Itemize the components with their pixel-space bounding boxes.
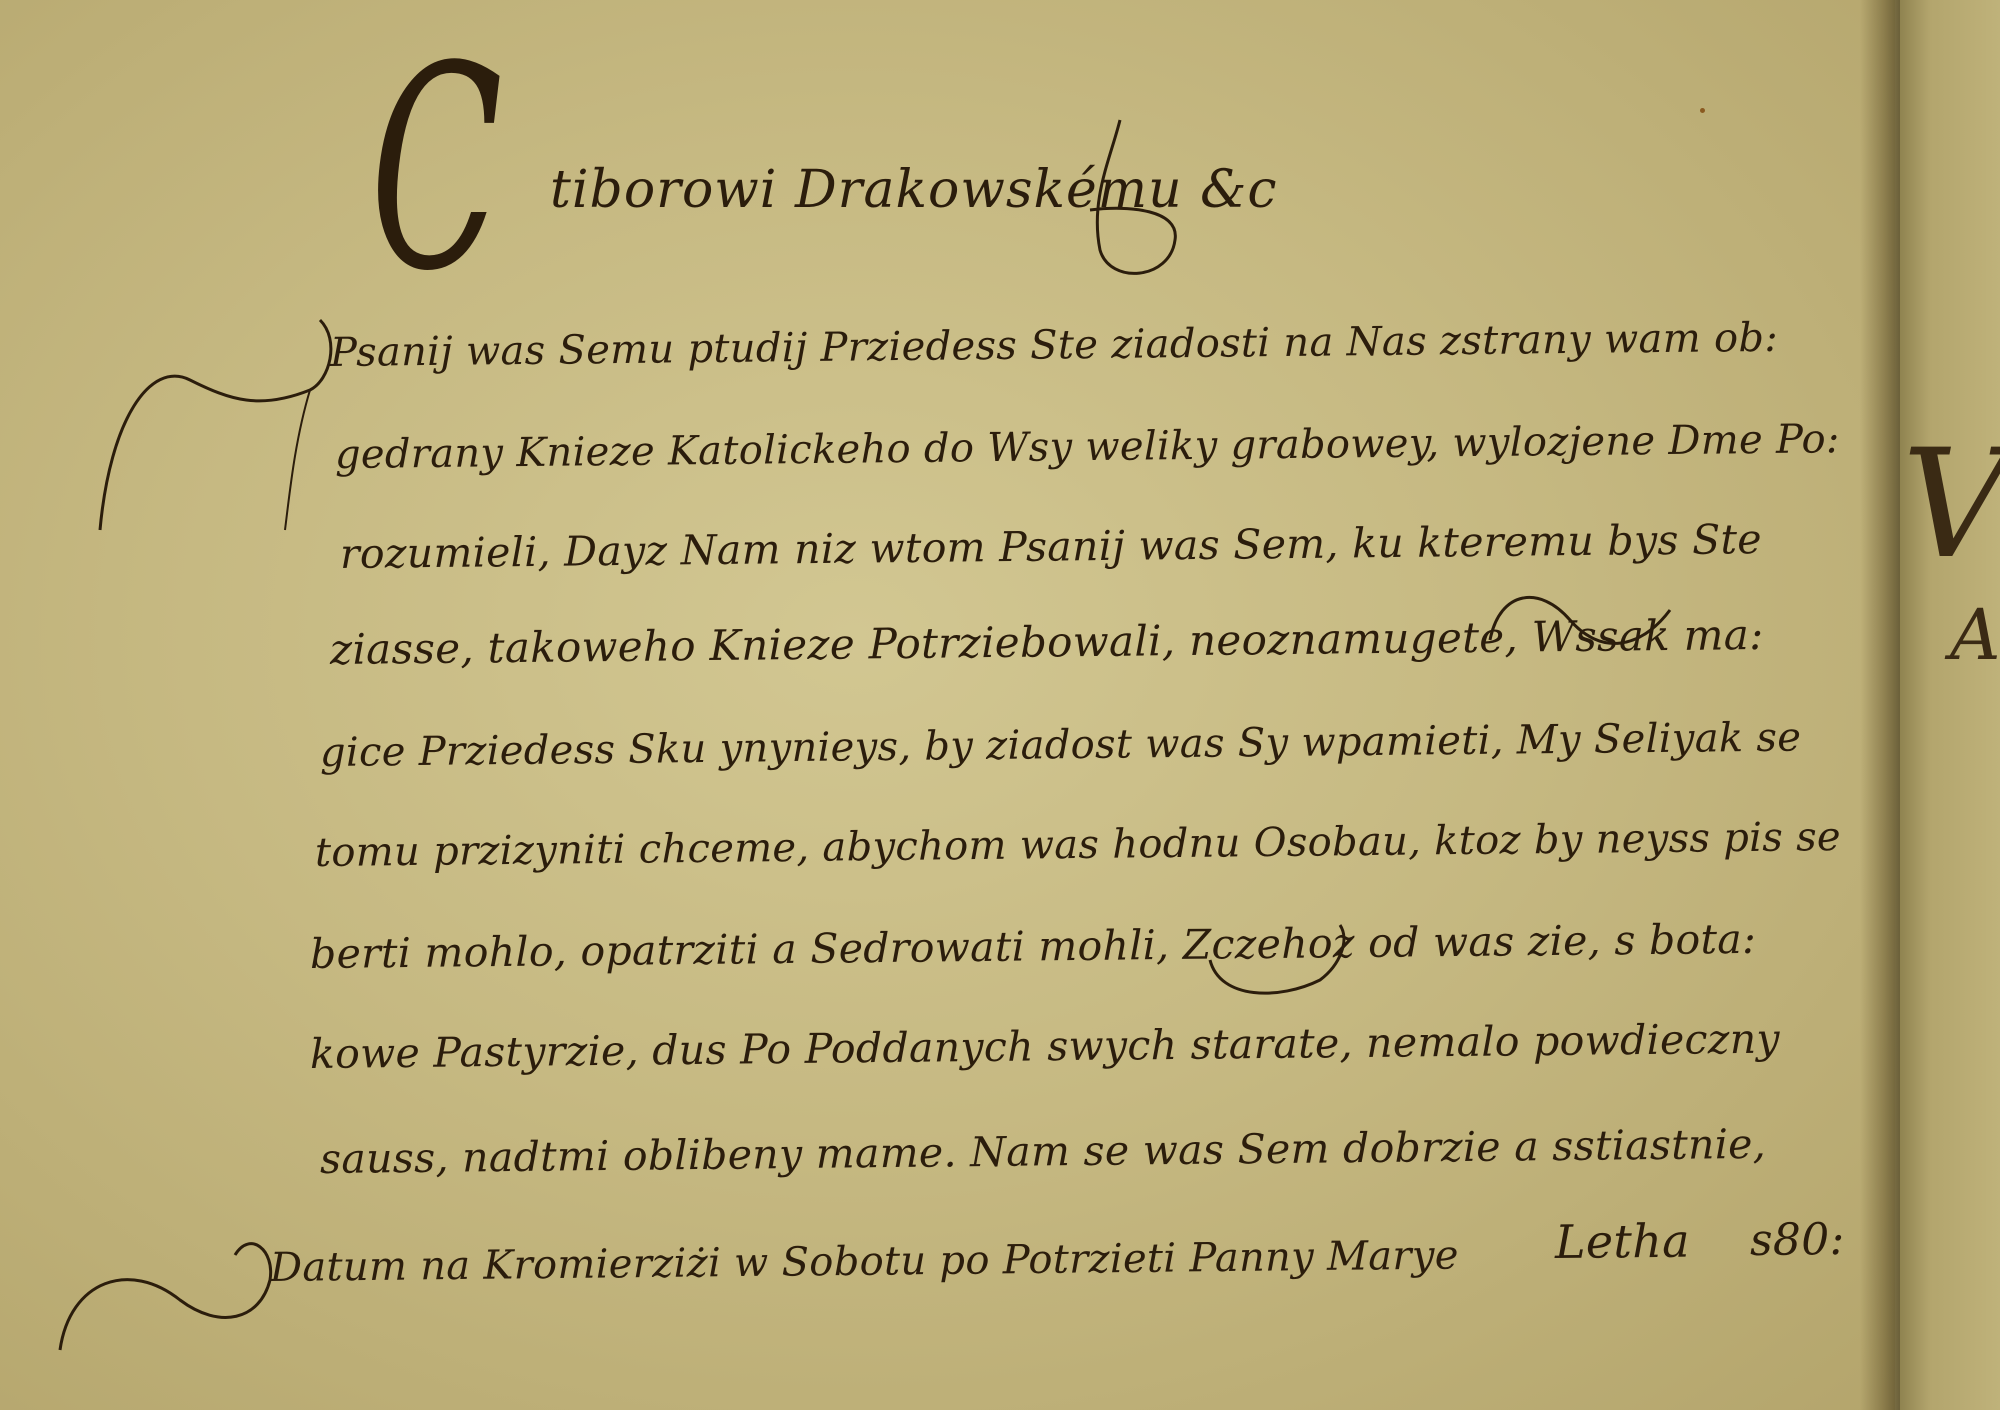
body-line-10: Datum na Kromierziżi w Sobotu po Potrzie… — [270, 1233, 1459, 1291]
facing-page-letter-1: V — [1902, 430, 2000, 580]
ink-speck — [1700, 108, 1705, 113]
body-line-9: sauss, nadtmi oblibeny mame. Nam se was … — [320, 1120, 1767, 1183]
body-line-1: Psanij was Semu ptudij Prziedess Ste zia… — [330, 315, 1778, 376]
decorative-initial: C — [370, 30, 503, 310]
body-line-4: ziasse, takoweho Knieze Potrziebowali, n… — [330, 610, 1764, 674]
book-gutter-shadow — [1860, 0, 1900, 1410]
manuscript-page: C tiborowi Drakowskému &c Psanij was Sem… — [0, 0, 1895, 1410]
datum-flourish-icon — [20, 1200, 280, 1360]
body-line-8: kowe Pastyrzie, dus Po Poddanych swych s… — [310, 1015, 1780, 1078]
body-line-2: gedrany Knieze Katolickeho do Wsy weliky… — [335, 416, 1840, 478]
body-line-3: rozumieli, Dayz Nam niz wtom Psanij was … — [340, 515, 1762, 578]
body-line-7: berti mohlo, opatrziti a Sedrowati mohli… — [310, 915, 1757, 978]
letter-heading: C tiborowi Drakowskému &c — [370, 40, 1470, 270]
dateline-year-label: Letha — [1555, 1214, 1690, 1269]
dateline-year: s80: — [1750, 1214, 1845, 1266]
body-line-6: tomu przizyniti chceme, abychom was hodn… — [315, 814, 1841, 876]
facing-page-edge: V A — [1900, 0, 2000, 1410]
addressee-title: tiborowi Drakowskému &c — [550, 160, 1278, 220]
body-line-5: gice Prziedess Sku ynynieys, by ziadost … — [320, 714, 1802, 776]
opening-flourish-icon — [80, 300, 360, 540]
facing-page-letter-2: A — [1950, 600, 2000, 670]
